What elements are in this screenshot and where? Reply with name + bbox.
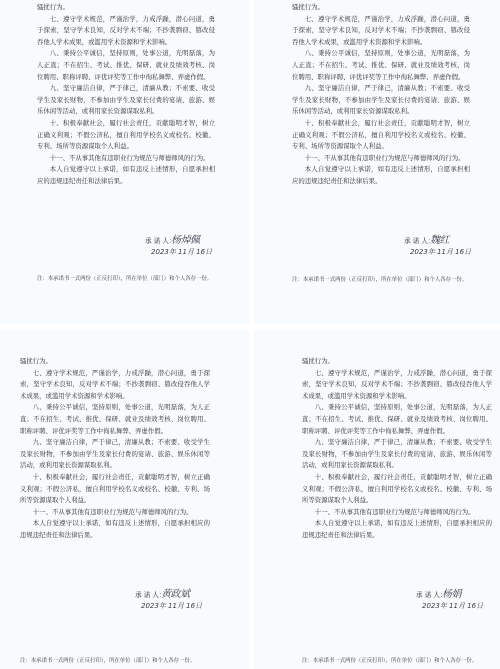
commitment-statement: 本人自觉遵守以上承诺，如有违反上述情形，自愿承担相应的违规违纪责任和法律后果。 (20, 518, 210, 541)
lead-fragment: 骚扰行为。 (302, 356, 492, 368)
footnote: 注：本承诺书一式两份（正反打印），所在单位（部门）和个人各存一份。 (20, 656, 195, 664)
clause-11: 十一、不从事其他有违职业行为规范与师德师风的行为。 (292, 153, 470, 165)
handwritten-signature: 黄政斌 (161, 585, 190, 600)
commitment-statement: 本人自觉遵守以上承诺，如有违反上述情形，自愿承担相应的违规违纪责任和法律后果。 (292, 164, 470, 187)
clause-10: 十、积极奉献社会，履行社会责任，贡献聪明才智，树立正确义利观；不假公济私，擅自利… (292, 118, 470, 153)
footnote: 注：本承诺书一式两份（正反打印），所在单位（部门）和个人各存一份。 (302, 656, 477, 664)
commitment-statement: 本人自觉遵守以上承诺，如有违反上述情形，自愿承担相应的违规违纪责任和法律后果。 (302, 518, 492, 541)
pledge-page-top-left: 骚扰行为。 七、遵守学术规范，严谨治学，力戒浮躁，潜心问道，勇于探索，坚守学术良… (0, 0, 249, 324)
lead-fragment: 骚扰行为。 (20, 356, 210, 368)
pledge-text: 骚扰行为。 七、遵守学术规范，严谨治学，力戒浮躁，潜心问道，勇于探索，坚守学术良… (292, 2, 470, 188)
clause-11: 十一、不从事其他有违职业行为规范与师德师风的行为。 (20, 507, 210, 519)
pledge-page-bottom-left: 骚扰行为。 七、遵守学术规范，严谨治学，力戒浮躁，潜心问道，勇于探索，坚守学术良… (0, 330, 249, 669)
clause-7: 七、遵守学术规范，严谨治学，力戒浮躁，潜心问道，勇于探索，坚守学术良知，反对学术… (292, 14, 470, 49)
signing-date: 2023年 11月 16日 (151, 247, 212, 257)
clause-8: 八、秉持公平诚信，坚持原则，处事公道，光明磊落，为人正直；不在招生、考试、推优、… (292, 48, 470, 83)
clause-9: 九、坚守廉洁自律，严于律己，清廉从教；不索要、收受学生及家长财物，不参加由学生及… (20, 437, 210, 472)
clause-9: 九、坚守廉洁自律，严于律己，清廉从教；不索要、收受学生及家长财物，不参加由学生及… (37, 83, 215, 118)
handwritten-signature: 杨焯佩 (171, 231, 200, 246)
handwritten-signature: 魏红 (430, 231, 449, 246)
pledge-text: 骚扰行为。 七、遵守学术规范，严谨治学，力戒浮躁，潜心问道，勇于探索，坚守学术良… (37, 2, 215, 188)
footnote: 注：本承诺书一式两份（正反打印），所在单位（部门）和个人各存一份。 (292, 275, 467, 283)
clause-10: 十、积极奉献社会，履行社会责任，贡献聪明才智，树立正确义利观；不假公济私，擅自利… (20, 472, 210, 507)
clause-9: 九、坚守廉洁自律，严于律己，清廉从教；不索要、收受学生及家长财物，不参加由学生及… (302, 437, 492, 472)
pledge-text: 骚扰行为。 七、遵守学术规范，严谨治学，力戒浮躁，潜心问道，勇于探索，坚守学术良… (302, 356, 492, 542)
clause-11: 十一、不从事其他有违职业行为规范与师德师风的行为。 (302, 507, 492, 519)
clause-7: 七、遵守学术规范，严谨治学，力戒浮躁，潜心问道，勇于探索，坚守学术良知，反对学术… (302, 368, 492, 403)
signing-date: 2023年 11月 16日 (141, 601, 202, 611)
pledge-text: 骚扰行为。 七、遵守学术规范，严谨治学，力戒浮躁，潜心问道，勇于探索，坚守学术良… (20, 356, 210, 542)
clause-9: 九、坚守廉洁自律，严于律己，清廉从教；不索要、收受学生及家长财物，不参加由学生及… (292, 83, 470, 118)
lead-fragment: 骚扰行为。 (292, 2, 470, 14)
pledge-page-bottom-right: 骚扰行为。 七、遵守学术规范，严谨治学，力戒浮躁，潜心问道，勇于探索，坚守学术良… (254, 330, 500, 669)
clause-8: 八、秉持公平诚信，坚持原则，处事公道，光明磊落，为人正直；不在招生、考试、推优、… (302, 402, 492, 437)
clause-7: 七、遵守学术规范，严谨治学，力戒浮躁，潜心问道，勇于探索，坚守学术良知，反对学术… (37, 14, 215, 49)
footnote: 注：本承诺书一式两份（正反打印），所在单位（部门）和个人各存一份。 (37, 274, 212, 282)
clause-10: 十、积极奉献社会，履行社会责任，贡献聪明才智，树立正确义利观；不假公济私，擅自利… (37, 118, 215, 153)
clause-8: 八、秉持公平诚信，坚持原则，处事公道，光明磊落，为人正直；不在招生、考试、推优、… (37, 48, 215, 83)
clause-7: 七、遵守学术规范，严谨治学，力戒浮躁，潜心问道，勇于探索，坚守学术良知，反对学术… (20, 368, 210, 403)
signing-date: 2023年 11月 16日 (422, 601, 483, 611)
clause-8: 八、秉持公平诚信，坚持原则，处事公道，光明磊落，为人正直；不在招生、考试、推优、… (20, 402, 210, 437)
handwritten-signature: 杨娟 (442, 585, 461, 600)
lead-fragment: 骚扰行为。 (37, 2, 215, 14)
commitment-statement: 本人自觉遵守以上承诺，如有违反上述情形，自愿承担相应的违规违纪责任和法律后果。 (37, 164, 215, 187)
clause-11: 十一、不从事其他有违职业行为规范与师德师风的行为。 (37, 153, 215, 165)
pledge-page-top-right: 骚扰行为。 七、遵守学术规范，严谨治学，力戒浮躁，潜心问道，勇于探索，坚守学术良… (254, 0, 500, 324)
clause-10: 十、积极奉献社会，履行社会责任，贡献聪明才智，树立正确义利观；不假公济私，擅自利… (302, 472, 492, 507)
signing-date: 2023年 11月 16日 (410, 247, 471, 257)
